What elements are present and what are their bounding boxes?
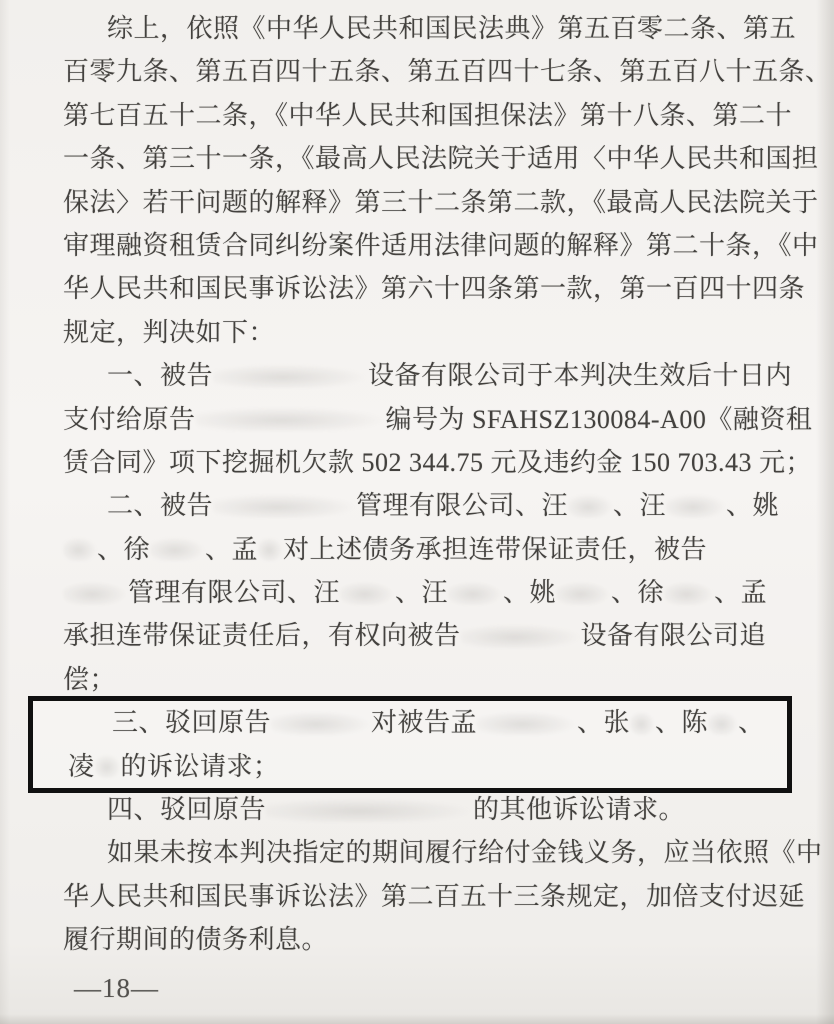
redacted-name	[63, 537, 97, 561]
text-segment: 一、被告	[107, 361, 213, 390]
document-body: 综上，依照《中华人民共和国民法典》第五百零二条、第五百零九条、第五百四十五条、第…	[63, 7, 792, 962]
redacted-name	[266, 798, 473, 822]
text-line: 管理有限公司、汪、汪、姚、徐、孟	[63, 571, 792, 614]
text-segment: 赁合同》项下挖掘机欠款 502 344.75 元及违约金 150 703.43 …	[63, 448, 812, 477]
text-segment: 如果未按本判决指定的期间履行给付金钱义务，应当依照《中	[107, 838, 823, 867]
redacted-name	[630, 711, 655, 735]
text-segment: 的诉讼请求；	[121, 752, 280, 781]
redacted-name	[340, 581, 395, 605]
redacted-name	[196, 407, 386, 431]
text-segment: 履行期间的债务利息。	[63, 925, 328, 954]
text-segment: 保法〉若干问题的解释》第三十二条第二款，《最高人民法院关于	[63, 188, 819, 217]
text-line: 综上，依照《中华人民共和国民法典》第五百零二条、第五	[63, 7, 792, 50]
text-line: 、徐、孟对上述债务承担连带保证责任，被告	[63, 528, 792, 571]
text-segment: 、	[738, 708, 765, 737]
page-number: —18—	[74, 973, 159, 1004]
redacted-name	[461, 624, 581, 648]
text-segment: 、孟	[714, 578, 767, 607]
text-segment: 一条、第三十一条，《最高人民法院关于适用〈中华人民共和国担	[63, 144, 819, 173]
text-segment: 管理有限公司、汪	[356, 491, 568, 520]
text-line: 规定，判决如下：	[63, 311, 792, 354]
text-segment: 二、被告	[107, 491, 213, 520]
redacted-name	[271, 711, 371, 735]
text-line: 百零九条、第五百四十五条、第五百四十七条、第五百八十五条、	[63, 50, 792, 93]
text-line: 一条、第三十一条，《最高人民法院关于适用〈中华人民共和国担	[63, 137, 792, 180]
text-segment: 管理有限公司、汪	[128, 578, 340, 607]
text-segment: 审理融资租赁合同纠纷案件适用法律问题的解释》第二十条，《中	[63, 231, 819, 260]
text-line: 承担连带保证责任后，有权向被告设备有限公司追	[63, 614, 792, 657]
text-segment: 支付给原告	[63, 405, 196, 434]
text-segment: 、张	[577, 708, 630, 737]
text-segment: 、姚	[503, 578, 556, 607]
scan-edge-bottom	[0, 1014, 834, 1024]
scan-edge-left	[0, 0, 10, 1024]
text-segment: 、汪	[613, 491, 666, 520]
text-line: 一、被告设备有限公司于本判决生效后十日内	[63, 354, 792, 397]
redacted-name	[63, 581, 128, 605]
text-segment: 对上述债务承担连带保证责任，被告	[283, 535, 707, 564]
redacted-name	[708, 711, 738, 735]
redacted-name	[258, 537, 283, 561]
text-line: 凌的诉讼请求；	[68, 745, 787, 788]
highlight-box: 三、驳回原告对被告孟、张、陈、凌的诉讼请求；	[28, 696, 792, 793]
redacted-name	[477, 711, 577, 735]
redacted-name	[664, 581, 714, 605]
redacted-name	[556, 581, 611, 605]
text-segment: 对被告孟	[371, 708, 477, 737]
redacted-name	[568, 494, 613, 518]
text-segment: 、孟	[205, 535, 258, 564]
text-segment: 偿；	[63, 665, 116, 694]
text-segment: 、陈	[655, 708, 708, 737]
text-segment: 华人民共和国民事诉讼法》第二百五十三条规定，加倍支付迟延	[63, 882, 805, 911]
text-segment: 四、驳回原告	[107, 795, 266, 824]
judgment-document-page: 综上，依照《中华人民共和国民法典》第五百零二条、第五百零九条、第五百四十五条、第…	[0, 0, 834, 1024]
text-line: 履行期间的债务利息。	[63, 918, 792, 961]
text-segment: 华人民共和国民事诉讼法》第六十四条第一款，第一百四十四条	[63, 274, 805, 303]
text-line: 如果未按本判决指定的期间履行给付金钱义务，应当依照《中	[63, 831, 792, 874]
text-segment: 、姚	[726, 491, 779, 520]
text-segment: 、徐	[611, 578, 664, 607]
redacted-name	[448, 581, 503, 605]
text-line: 支付给原告编号为 SFAHSZ130084-A00《融资租	[63, 398, 792, 441]
text-segment: 、徐	[97, 535, 150, 564]
text-segment: 规定，判决如下：	[63, 318, 275, 347]
text-segment: 凌	[68, 752, 95, 781]
redacted-name	[213, 494, 356, 518]
text-segment: 设备有限公司于本判决生效后十日内	[368, 361, 792, 390]
text-line: 华人民共和国民事诉讼法》第六十四条第一款，第一百四十四条	[63, 267, 792, 310]
text-segment: 编号为 SFAHSZ130084-A00《融资租	[386, 405, 813, 434]
text-segment: 的其他诉讼请求。	[473, 795, 685, 824]
text-line: 华人民共和国民事诉讼法》第二百五十三条规定，加倍支付迟延	[63, 875, 792, 918]
redacted-name	[150, 537, 205, 561]
text-segment: 承担连带保证责任后，有权向被告	[63, 621, 461, 650]
text-segment: 设备有限公司追	[581, 621, 767, 650]
text-line: 偿；	[63, 658, 792, 701]
redacted-name	[95, 754, 121, 778]
text-line: 赁合同》项下挖掘机欠款 502 344.75 元及违约金 150 703.43 …	[63, 441, 792, 484]
text-segment: 综上，依照《中华人民共和国民法典》第五百零二条、第五	[107, 14, 796, 43]
text-segment: 三、驳回原告	[112, 708, 271, 737]
redacted-name	[213, 364, 368, 388]
text-line: 三、驳回原告对被告孟、张、陈、	[68, 701, 787, 744]
redacted-name	[666, 494, 726, 518]
text-segment: 第七百五十二条，《中华人民共和国担保法》第十八条、第二十	[63, 101, 792, 130]
text-line: 保法〉若干问题的解释》第三十二条第二款，《最高人民法院关于	[63, 181, 792, 224]
text-line: 四、驳回原告的其他诉讼请求。	[63, 788, 792, 831]
text-line: 审理融资租赁合同纠纷案件适用法律问题的解释》第二十条，《中	[63, 224, 792, 267]
text-segment: 百零九条、第五百四十五条、第五百四十七条、第五百八十五条、	[63, 57, 832, 86]
text-line: 第七百五十二条，《中华人民共和国担保法》第十八条、第二十	[63, 94, 792, 137]
text-segment: 、汪	[395, 578, 448, 607]
text-line: 二、被告管理有限公司、汪、汪、姚	[63, 484, 792, 527]
